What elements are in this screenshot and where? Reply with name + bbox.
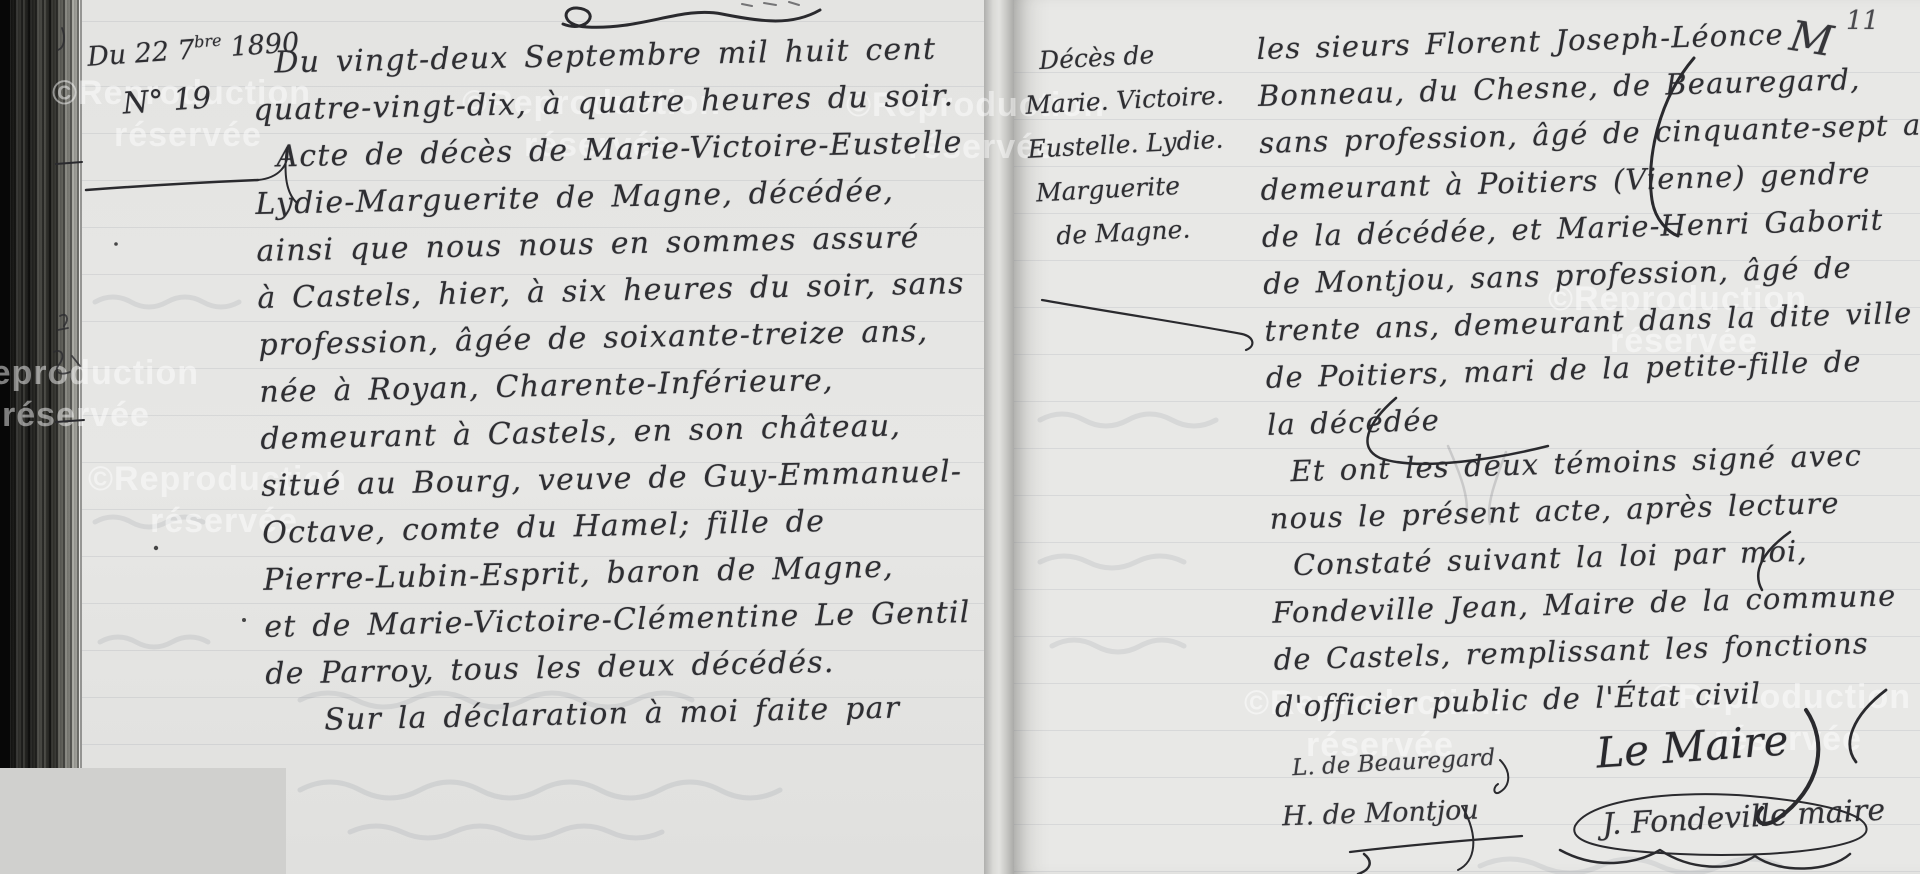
left-page-act-text: Du vingt-deux Septembre mil huit cent qu… — [252, 25, 975, 745]
right-margin-note: Décès de Marie. Victoire. Eustelle. Lydi… — [1022, 28, 1269, 260]
margin-rule-line — [80, 0, 82, 768]
page-number: 11 — [1846, 6, 1879, 36]
scanner-bed-corner — [0, 768, 286, 874]
month-superscript: bre — [193, 31, 222, 52]
book-binding — [0, 0, 79, 768]
clerk-monogram-paraph: M — [1786, 11, 1836, 66]
right-page-act-text: les sieurs Florent Joseph-Léonce Bonneau… — [1256, 6, 1920, 731]
page-gutter-shadow — [984, 0, 1014, 874]
book-binding-edge — [0, 0, 10, 768]
register-scan: ©Reproductionréservée ©Reproductionréser… — [0, 0, 1920, 874]
